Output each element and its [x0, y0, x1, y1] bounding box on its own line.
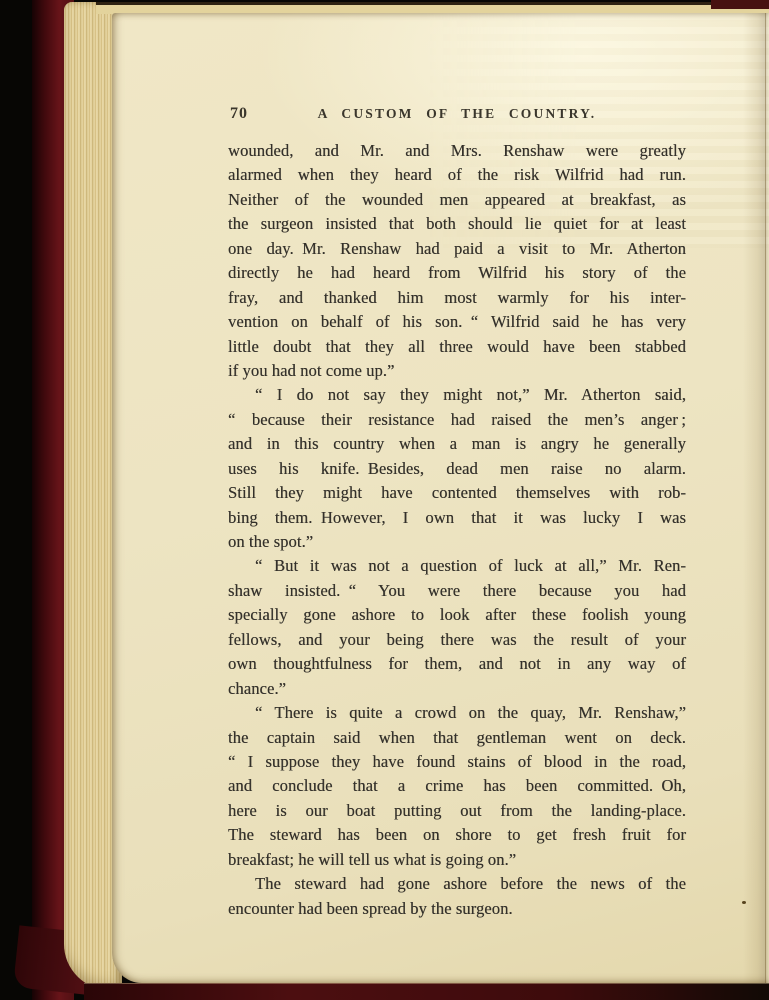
running-title: A CUSTOM OF THE COUNTRY.: [228, 106, 686, 122]
text-line: on the spot.”: [228, 530, 686, 554]
text-line: Still they might have contented themselv…: [228, 481, 686, 505]
book-page: 70 A CUSTOM OF THE COUNTRY. wounded, and…: [112, 13, 769, 983]
text-line: the surgeon insisted that both should li…: [228, 212, 686, 236]
text-line: vention on behalf of his son. “ Wilfrid …: [228, 310, 686, 334]
text-line: little doubt that they all three would h…: [228, 335, 686, 359]
text-line: “ I do not say they might not,” Mr. Athe…: [228, 383, 686, 407]
text-line: wounded, and Mr. and Mrs. Renshaw were g…: [228, 139, 686, 163]
paper-speck: [742, 901, 746, 904]
text-line: uses his knife. Besides, dead men raise …: [228, 457, 686, 481]
text-line: if you had not come up.”: [228, 359, 686, 383]
text-line: own thoughtfulness for them, and not in …: [228, 652, 686, 676]
text-line: “ There is quite a crowd on the quay, Mr…: [228, 701, 686, 725]
text-line: fray, and thanked him most warmly for hi…: [228, 286, 686, 310]
book-cover-bottom: [84, 983, 769, 1000]
text-line: specially gone ashore to look after thes…: [228, 603, 686, 627]
text-line: and in this country when a man is angry …: [228, 432, 686, 456]
text-line: Neither of the wounded men appeared at b…: [228, 188, 686, 212]
text-line: shaw insisted. “ You were there because …: [228, 579, 686, 603]
text-line: one day. Mr. Renshaw had paid a visit to…: [228, 237, 686, 261]
text-line: The steward has been on shore to get fre…: [228, 823, 686, 847]
text-line: “ I suppose they have found stains of bl…: [228, 750, 686, 774]
text-line: bing them. However, I own that it was lu…: [228, 506, 686, 530]
text-line: chance.”: [228, 677, 686, 701]
text-line: “ But it was not a question of luck at a…: [228, 554, 686, 578]
text-line: encounter had been spread by the surgeon…: [228, 897, 686, 921]
text-line: breakfast; he will tell us what is going…: [228, 848, 686, 872]
right-page-edge-line: [765, 13, 766, 983]
text-line: here is our boat putting out from the la…: [228, 799, 686, 823]
text-line: and conclude that a crime has been commi…: [228, 774, 686, 798]
page-text: wounded, and Mr. and Mrs. Renshaw were g…: [228, 139, 686, 921]
text-line: fellows, and your being there was the re…: [228, 628, 686, 652]
book-cover-top-right: [711, 0, 769, 9]
text-line: “ because their resistance had raised th…: [228, 408, 686, 432]
book-scan-photo: 70 A CUSTOM OF THE COUNTRY. wounded, and…: [0, 0, 769, 1000]
text-line: alarmed when they heard of the risk Wilf…: [228, 163, 686, 187]
text-line: The steward had gone ashore before the n…: [228, 872, 686, 896]
text-line: directly he had heard from Wilfrid his s…: [228, 261, 686, 285]
text-line: the captain said when that gentleman wen…: [228, 726, 686, 750]
page-header: 70 A CUSTOM OF THE COUNTRY.: [228, 104, 686, 124]
